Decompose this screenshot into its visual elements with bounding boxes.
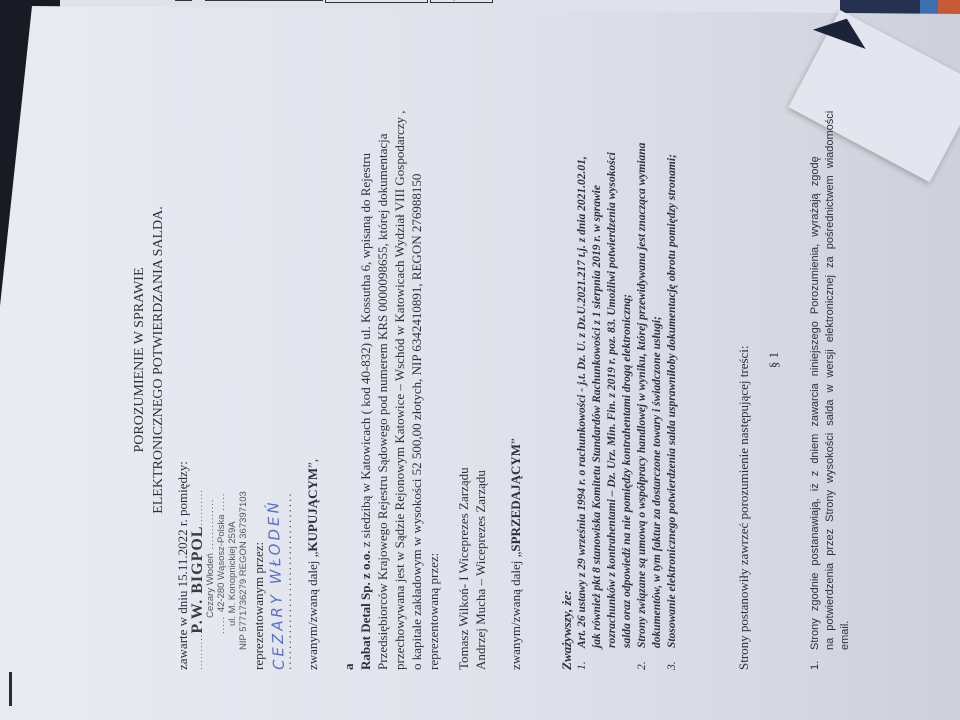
table-cell: ŻOŁĄDKOWA (430, 0, 493, 3)
stamp-brand: P.W. BIGPOL (189, 526, 206, 634)
list-item: 3.Stosowanie elektronicznego potwierdzen… (665, 143, 680, 670)
whereas-list: 1.Art. 26 ustawy z 29 września 1994 r. o… (575, 143, 680, 670)
buyer-stamp: ..........P.W. BIGPOL.......... Cezary W… (192, 489, 249, 670)
and-word: a (340, 664, 357, 671)
seller-description: Rabat Detal Sp. z o.o. z siedzibą w Kato… (357, 111, 442, 671)
signature-line: .................................. (278, 492, 295, 671)
list-item: 1.Strony zgodnie postanawiają, iż z dnie… (808, 111, 853, 670)
document-title: POROZUMIENIE W SPRAWIE ELEKTRONICZNEGO P… (130, 20, 168, 700)
represented-by-label: reprezentowanym przez: (250, 542, 267, 670)
resolution-text: Strony postanowiły zawrzeć porozumienie … (735, 345, 752, 670)
buyer-designation: zwanym/zwaną dalej „KUPUJĄCYM”, (304, 459, 321, 670)
list-item: 2.Strony związane są umową o współpracy … (635, 143, 665, 670)
section-heading: § 1 (765, 20, 782, 700)
seller-designation: zwanym/zwaną dalej „SPRZEDAJĄCYM” (507, 438, 524, 670)
table-cell: ...KA KOLOROWA (205, 0, 323, 1)
table-cell: ...73006692 (325, 0, 428, 3)
seller-representatives: Tomasz Wilkoń- I Wiceprezes Zarządu Andr… (455, 467, 489, 670)
page-edge-mark (9, 672, 12, 706)
agreement-points: 1.Strony zgodnie postanawiają, iż z dnie… (808, 111, 853, 670)
list-item: 1.Art. 26 ustawy z 29 września 1994 r. o… (575, 143, 635, 670)
table-cell: 24 (175, 0, 192, 1)
whereas-heading: Zważywszy, że: (558, 590, 575, 670)
agreement-document: POROZUMIENIE W SPRAWIE ELEKTRONICZNEGO P… (100, 20, 860, 700)
